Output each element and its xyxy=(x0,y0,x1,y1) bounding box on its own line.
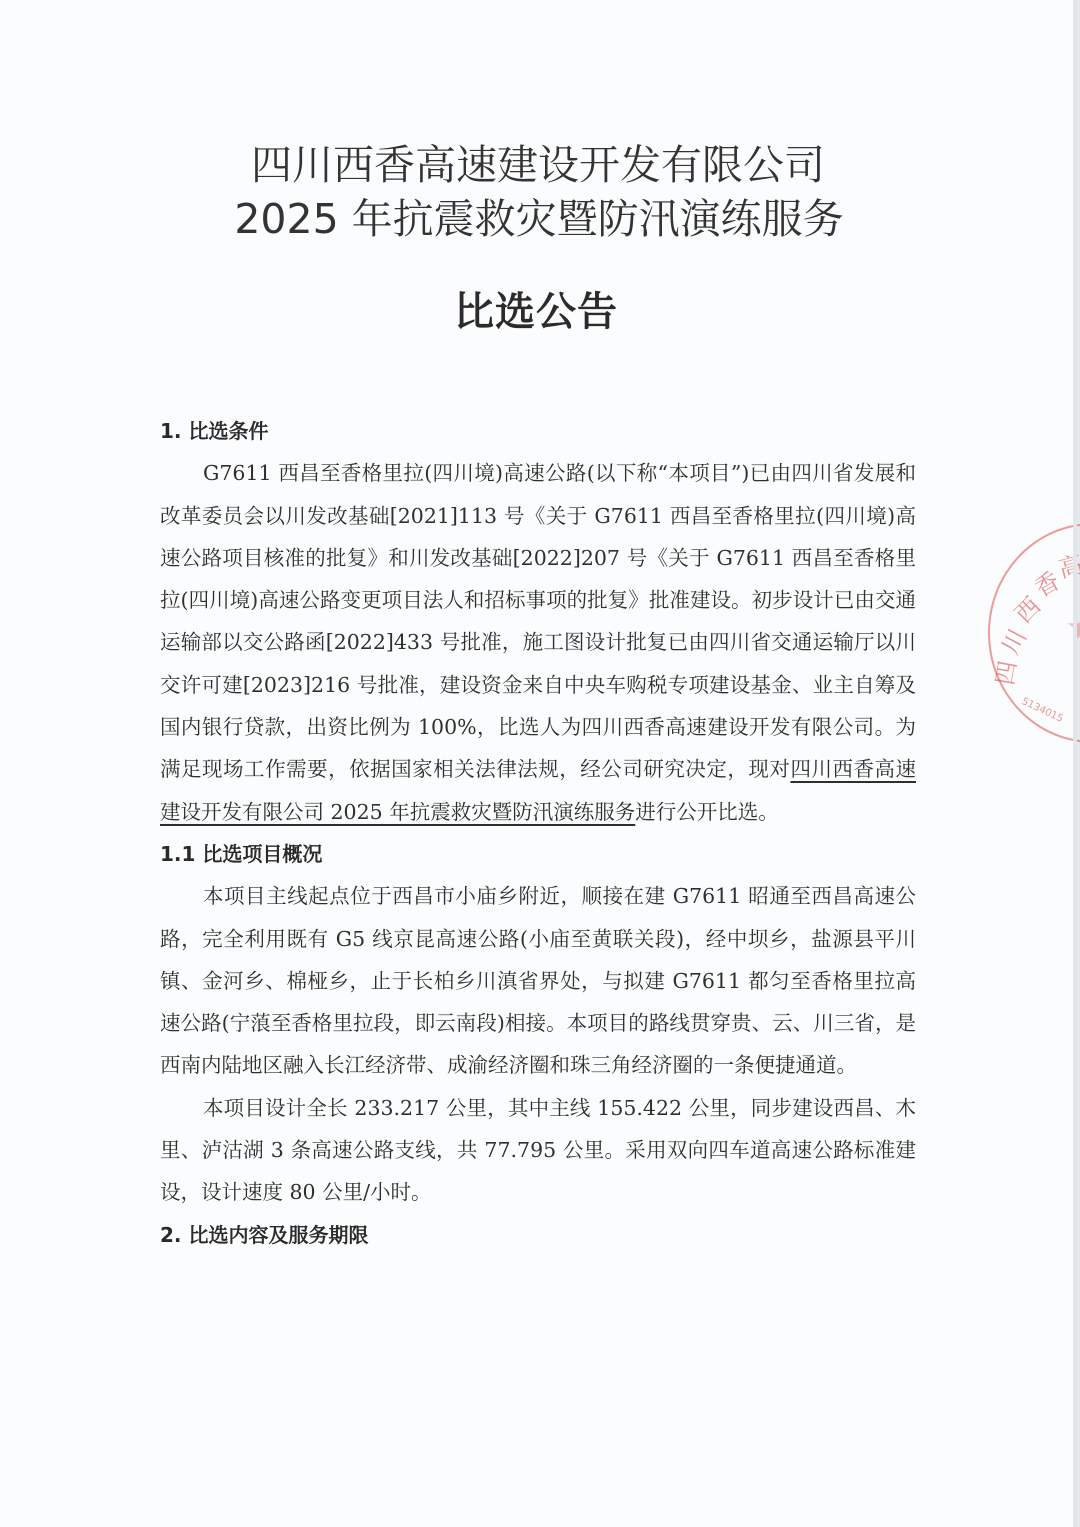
section-1-heading: 1. 比选条件 xyxy=(160,410,916,452)
section-2-heading: 2. 比选内容及服务期限 xyxy=(160,1214,916,1256)
document-body: 1. 比选条件 G7611 西昌至香格里拉(四川境)高速公路(以下称“本项目”)… xyxy=(160,410,916,1256)
section-1-1-heading: 1.1 比选项目概况 xyxy=(160,833,916,875)
section-1-1-paragraph-1: 本项目主线起点位于西昌市小庙乡附近，顺接在建 G7611 昭通至西昌高速公路，完… xyxy=(160,875,916,1086)
document-subtitle: 比选公告 xyxy=(0,284,1076,340)
section-1-text-a: G7611 西昌至香格里拉(四川境)高速公路(以下称“本项目”)已由四川省发展和… xyxy=(160,461,916,781)
document-title: 四川西香高速建设开发有限公司 2025 年抗震救灾暨防汛演练服务 xyxy=(0,138,1080,246)
title-line-company: 四川西香高速建设开发有限公司 xyxy=(0,138,1080,192)
title-line-project: 2025 年抗震救灾暨防汛演练服务 xyxy=(0,192,1080,246)
company-seal-stamp: ★ 四 川 西 香 高 5134015 xyxy=(970,505,1080,755)
document-page: 四川西香高速建设开发有限公司 2025 年抗震救灾暨防汛演练服务 比选公告 1.… xyxy=(0,0,1080,1527)
section-1-paragraph: G7611 西昌至香格里拉(四川境)高速公路(以下称“本项目”)已由四川省发展和… xyxy=(160,452,916,833)
section-1-1-paragraph-2: 本项目设计全长 233.217 公里，其中主线 155.422 公里，同步建设西… xyxy=(160,1087,916,1214)
section-1-text-b: 进行公开比选。 xyxy=(635,800,779,824)
seal-char-1: 四 xyxy=(985,658,1024,688)
page-edge xyxy=(1073,0,1077,1527)
